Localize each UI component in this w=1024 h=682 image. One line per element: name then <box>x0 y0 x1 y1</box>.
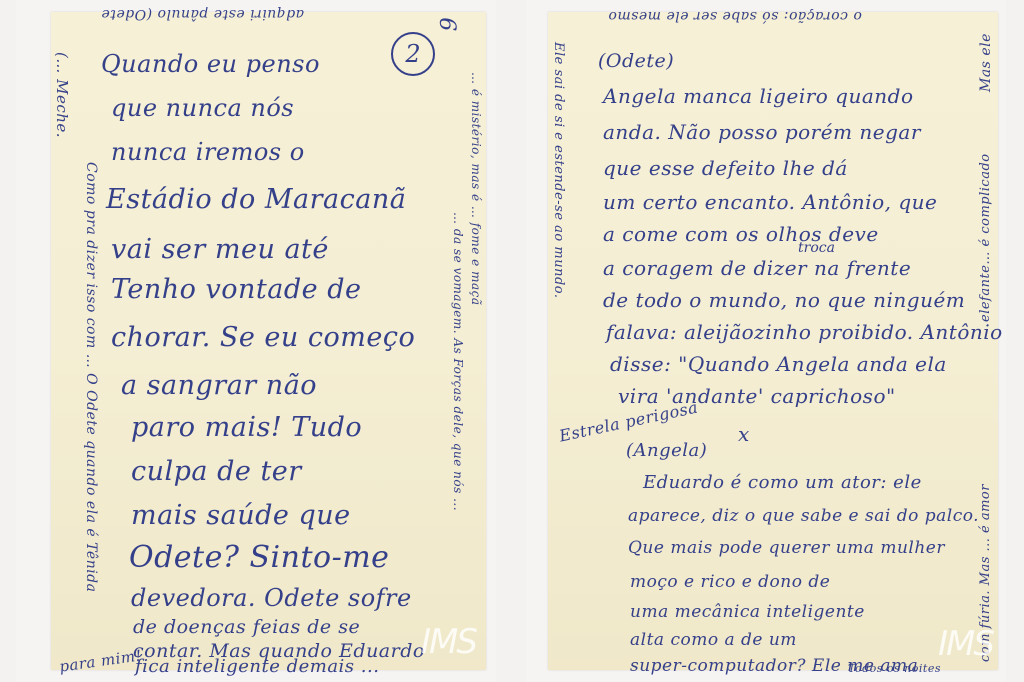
manuscript-line: um certo encanto. Antônio, que <box>603 190 937 214</box>
left-margin-note-outer: (… Meche. <box>53 52 71 138</box>
manuscript-line: Tenho vontade de <box>111 274 361 305</box>
manuscript-line: de todo o mundo, no que ninguém <box>603 288 965 312</box>
manuscript-line: alta como a de um <box>630 630 797 650</box>
right-margin-top-note: Mas ele <box>978 33 994 92</box>
manuscript-line: nunca iremos o <box>111 138 305 166</box>
manuscript-line: Odete? Sinto-me <box>129 540 389 575</box>
page-mark: 6 <box>434 17 459 32</box>
manuscript-line: culpa de ter <box>131 456 302 487</box>
page-number: 2 <box>405 40 420 68</box>
manuscript-line: de doenças feias de se <box>133 616 360 638</box>
manuscript-line: vai ser meu até <box>111 234 329 265</box>
section-label: (Angela) <box>626 440 707 461</box>
right-manuscript-sheet: o coração: só sabe ser ele mesmo (Odete)… <box>548 12 998 670</box>
manuscript-line: aparece, diz o que sabe e sai do palco. <box>628 506 979 526</box>
left-margin-note: Ele sai de si e estende-se ao mundo. <box>551 42 566 299</box>
manuscript-line: Angela manca ligeiro quando <box>603 84 914 108</box>
manuscript-line: que nunca nós <box>111 94 294 122</box>
manuscript-line: uma mecânica inteligente <box>630 602 865 622</box>
manuscript-line: a coragem de dizer na frente <box>603 256 911 280</box>
manuscript-line: que esse defeito lhe dá <box>603 156 848 180</box>
right-margin-mid-note: elefante… é complicado <box>978 153 993 322</box>
right-margin-note-inner: … da se vomagem. As Forças dele, que nós… <box>451 212 465 511</box>
manuscript-line: mais saúde que <box>131 500 351 531</box>
margin-x-mark: x <box>738 422 750 446</box>
left-manuscript-sheet: adquiri este pânulo (Odete 2 6 Quando eu… <box>51 12 486 670</box>
manuscript-line: moço e rico e dono de <box>630 572 830 592</box>
top-margin-note: adquiri este pânulo (Odete <box>101 6 304 22</box>
manuscript-line: chorar. Se eu começo <box>111 322 415 353</box>
correction-insert: troca <box>798 240 835 256</box>
manuscript-line: (Odete) <box>598 50 674 72</box>
ims-watermark: IMS <box>938 624 993 664</box>
right-margin-note-outer: … é mistério, mas é … fome e maçã <box>469 72 483 305</box>
manuscript-line: anda. Não posso porém negar <box>603 120 921 144</box>
bottom-note: Todos os noites <box>848 662 941 675</box>
manuscript-line: disse: "Quando Angela anda ela <box>610 352 947 376</box>
manuscript-line: Eduardo é como um ator: ele <box>643 472 922 493</box>
bottom-left-note: para mim! <box>58 646 143 675</box>
manuscript-line: Quando eu penso <box>101 50 320 78</box>
manuscript-line: Que mais pode querer uma mulher <box>628 538 945 558</box>
right-page-frame: o coração: só sabe ser ele mesmo (Odete)… <box>526 0 1006 682</box>
left-page-frame: adquiri este pânulo (Odete 2 6 Quando eu… <box>16 0 496 682</box>
page-number-circle: 2 <box>391 32 435 76</box>
top-margin-note: o coração: só sabe ser ele mesmo <box>608 8 862 24</box>
manuscript-line: fica inteligente demais ... <box>135 656 379 677</box>
left-margin-note-inner: Como pra dizer isso com … O Odete quando… <box>83 162 99 593</box>
manuscript-line: a sangrar não <box>121 370 317 401</box>
manuscript-line: paro mais! Tudo <box>131 412 362 443</box>
manuscript-line: devedora. Odete sofre <box>131 584 412 612</box>
manuscript-line: Estádio do Maracanã <box>106 184 406 215</box>
ims-watermark: IMS <box>421 622 476 662</box>
manuscript-line: falava: aleijãozinho proibido. Antônio <box>606 320 1003 344</box>
manuscript-line: a come com os olhos deve <box>603 222 879 246</box>
